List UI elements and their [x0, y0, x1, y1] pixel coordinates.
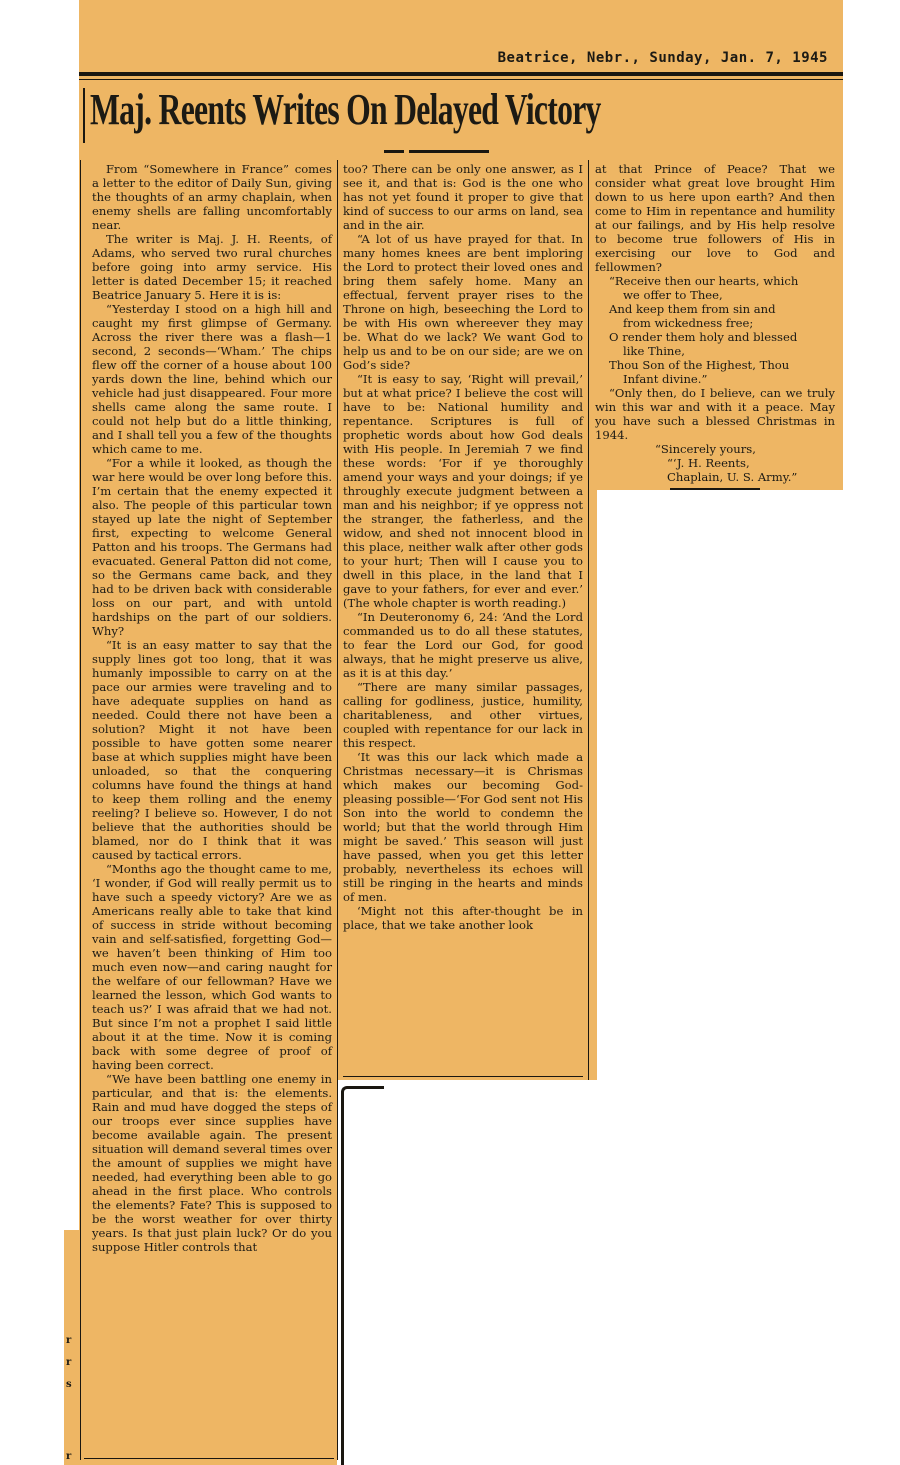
signature: “Sincerely yours, “‘J. H. Reents, Chapla…	[595, 442, 835, 484]
headline: Maj. Reents Writes On Delayed Victory	[90, 84, 601, 135]
verse-line: And keep them from sin and	[595, 302, 835, 316]
headline-dash	[384, 150, 404, 153]
header-rule-thin	[79, 79, 843, 80]
column-rule	[588, 160, 589, 1080]
paragraph: “It is an easy matter to say that the su…	[92, 638, 332, 862]
paragraph: “There are many similar passages, callin…	[343, 680, 583, 750]
verse-line: from wickedness free;	[595, 316, 835, 330]
paragraph: “Months ago the thought came to me, ‘I w…	[92, 862, 332, 1072]
headline-dash	[409, 150, 489, 153]
margin-marks: r r s r	[66, 1330, 72, 1465]
verse-line: Thou Son of the Highest, Thou	[595, 358, 835, 372]
verse-line: Infant divine.”	[595, 372, 835, 386]
column-rule-left	[80, 160, 81, 1460]
closing-paragraph: “Only then, do I believe, can we truly w…	[595, 386, 835, 442]
paragraph: ‘Might not this after-thought be in plac…	[343, 904, 583, 932]
signature-line: “Sincerely yours,	[595, 442, 835, 456]
paragraph: “It is easy to say, ‘Right will prevail,…	[343, 372, 583, 610]
paragraph: “For a while it looked, as though the wa…	[92, 456, 332, 638]
verse-line: like Thine,	[595, 344, 835, 358]
column-end-rule	[84, 1458, 334, 1459]
paragraph: ‘It was this our lack which made a Chris…	[343, 750, 583, 904]
signature-line: “‘J. H. Reents,	[595, 456, 835, 470]
column-end-rule	[343, 1076, 583, 1077]
article-column-3: at that Prince of Peace? That we conside…	[595, 162, 835, 484]
margin-mark: r	[66, 1446, 72, 1465]
end-rule	[670, 488, 760, 490]
verse-line: O render them holy and blessed	[595, 330, 835, 344]
paragraph: “In Deuteronomy 6, 24: ‘And the Lord com…	[343, 610, 583, 680]
column-rule	[337, 160, 338, 1460]
article-column-1: From “Somewhere in France” comes a lette…	[92, 162, 332, 1254]
paragraph: From “Somewhere in France” comes a lette…	[92, 162, 332, 232]
paragraph: at that Prince of Peace? That we conside…	[595, 162, 835, 274]
header-rule	[79, 72, 843, 76]
verse-line: we offer to Thee,	[595, 288, 835, 302]
margin-mark: s	[66, 1374, 72, 1396]
adjacent-article-border	[341, 1086, 384, 1465]
paragraph: The writer is Maj. J. H. Reents, of Adam…	[92, 232, 332, 302]
hymn-verse: “Receive then our hearts, which we offer…	[595, 274, 835, 386]
margin-mark: r	[66, 1330, 72, 1352]
verse-line: “Receive then our hearts, which	[595, 274, 835, 288]
dateline: Beatrice, Nebr., Sunday, Jan. 7, 1945	[498, 50, 828, 66]
headline-bar	[83, 88, 85, 143]
article-column-2: too? There can be only one answer, as I …	[343, 162, 583, 932]
paragraph: “We have been battling one enemy in part…	[92, 1072, 332, 1254]
paragraph: too? There can be only one answer, as I …	[343, 162, 583, 232]
paragraph: “Yesterday I stood on a high hill and ca…	[92, 302, 332, 456]
paragraph: “A lot of us have prayed for that. In ma…	[343, 232, 583, 372]
signature-line: Chaplain, U. S. Army.”	[595, 470, 835, 484]
margin-mark: r	[66, 1352, 72, 1374]
